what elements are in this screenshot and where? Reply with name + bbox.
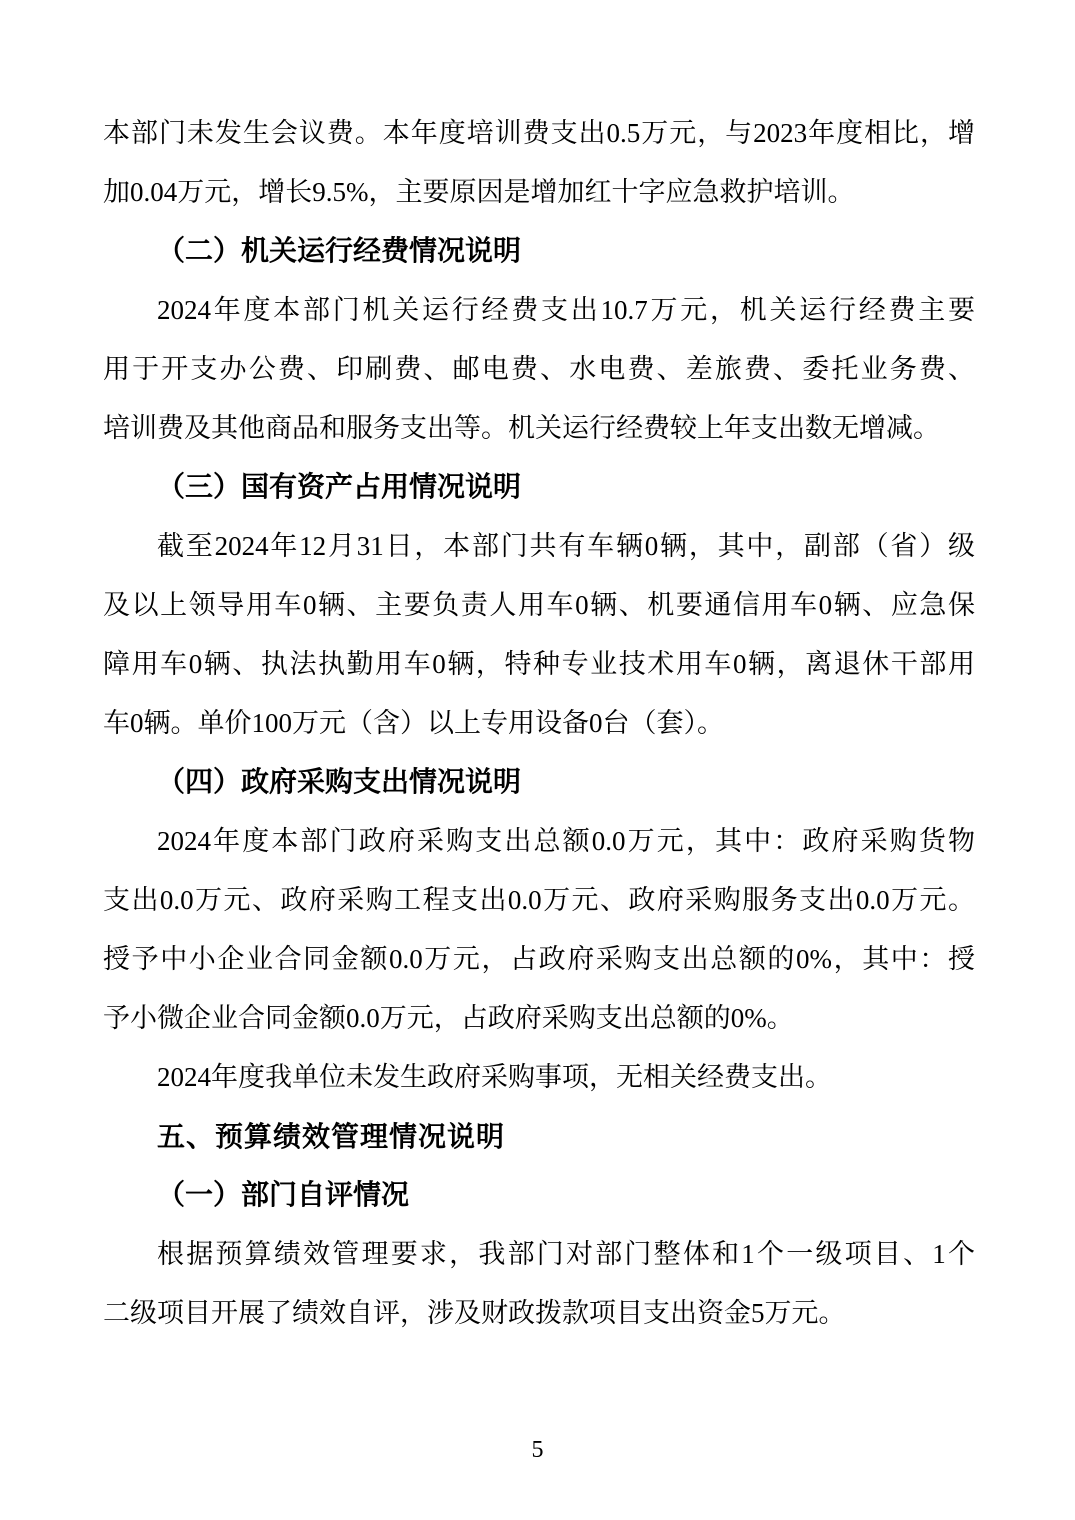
paragraph-line: 2024年度我单位未发生政府采购事项，无相关经费支出。 (103, 1048, 975, 1107)
heading-section-2-organ-operating-expenses: （二）机关运行经费情况说明 (103, 222, 975, 281)
heading-chapter-5-budget-performance: 五、预算绩效管理情况说明 (103, 1107, 975, 1166)
heading-section-3-state-assets: （三）国有资产占用情况说明 (103, 458, 975, 517)
paragraph-line: 予小微企业合同金额0.0万元，占政府采购支出总额的0%。 (103, 989, 975, 1048)
paragraph-line: 授予中小企业合同金额0.0万元，占政府采购支出总额的0%，其中：授 (103, 930, 975, 989)
heading-section-4-gov-procurement: （四）政府采购支出情况说明 (103, 753, 975, 812)
paragraph-line: 2024年度本部门机关运行经费支出10.7万元，机关运行经费主要 (103, 281, 975, 340)
paragraph-line: 本部门未发生会议费。本年度培训费支出0.5万元，与2023年度相比，增 (103, 104, 975, 163)
page-number: 5 (0, 1432, 1075, 1468)
document-page: 本部门未发生会议费。本年度培训费支出0.5万元，与2023年度相比，增 加0.0… (0, 0, 1075, 1520)
paragraph-line: 及以上领导用车0辆、主要负责人用车0辆、机要通信用车0辆、应急保 (103, 576, 975, 635)
paragraph-line: 2024年度本部门政府采购支出总额0.0万元，其中：政府采购货物 (103, 812, 975, 871)
paragraph-line: 障用车0辆、执法执勤用车0辆，特种专业技术用车0辆，离退休干部用 (103, 635, 975, 694)
paragraph-line: 车0辆。单价100万元（含）以上专用设备0台（套）。 (103, 694, 975, 753)
paragraph-line: 根据预算绩效管理要求，我部门对部门整体和1个一级项目、1个 (103, 1225, 975, 1284)
paragraph-line: 截至2024年12月31日，本部门共有车辆0辆，其中，副部（省）级 (103, 517, 975, 576)
paragraph-line: 二级项目开展了绩效自评，涉及财政拨款项目支出资金5万元。 (103, 1284, 975, 1343)
document-body: 本部门未发生会议费。本年度培训费支出0.5万元，与2023年度相比，增 加0.0… (103, 104, 975, 1343)
paragraph-line: 加0.04万元，增长9.5%，主要原因是增加红十字应急救护培训。 (103, 163, 975, 222)
paragraph-line: 支出0.0万元、政府采购工程支出0.0万元、政府采购服务支出0.0万元。 (103, 871, 975, 930)
paragraph-line: 用于开支办公费、印刷费、邮电费、水电费、差旅费、委托业务费、 (103, 340, 975, 399)
heading-subsection-1-self-evaluation: （一）部门自评情况 (103, 1166, 975, 1225)
paragraph-line: 培训费及其他商品和服务支出等。机关运行经费较上年支出数无增减。 (103, 399, 975, 458)
